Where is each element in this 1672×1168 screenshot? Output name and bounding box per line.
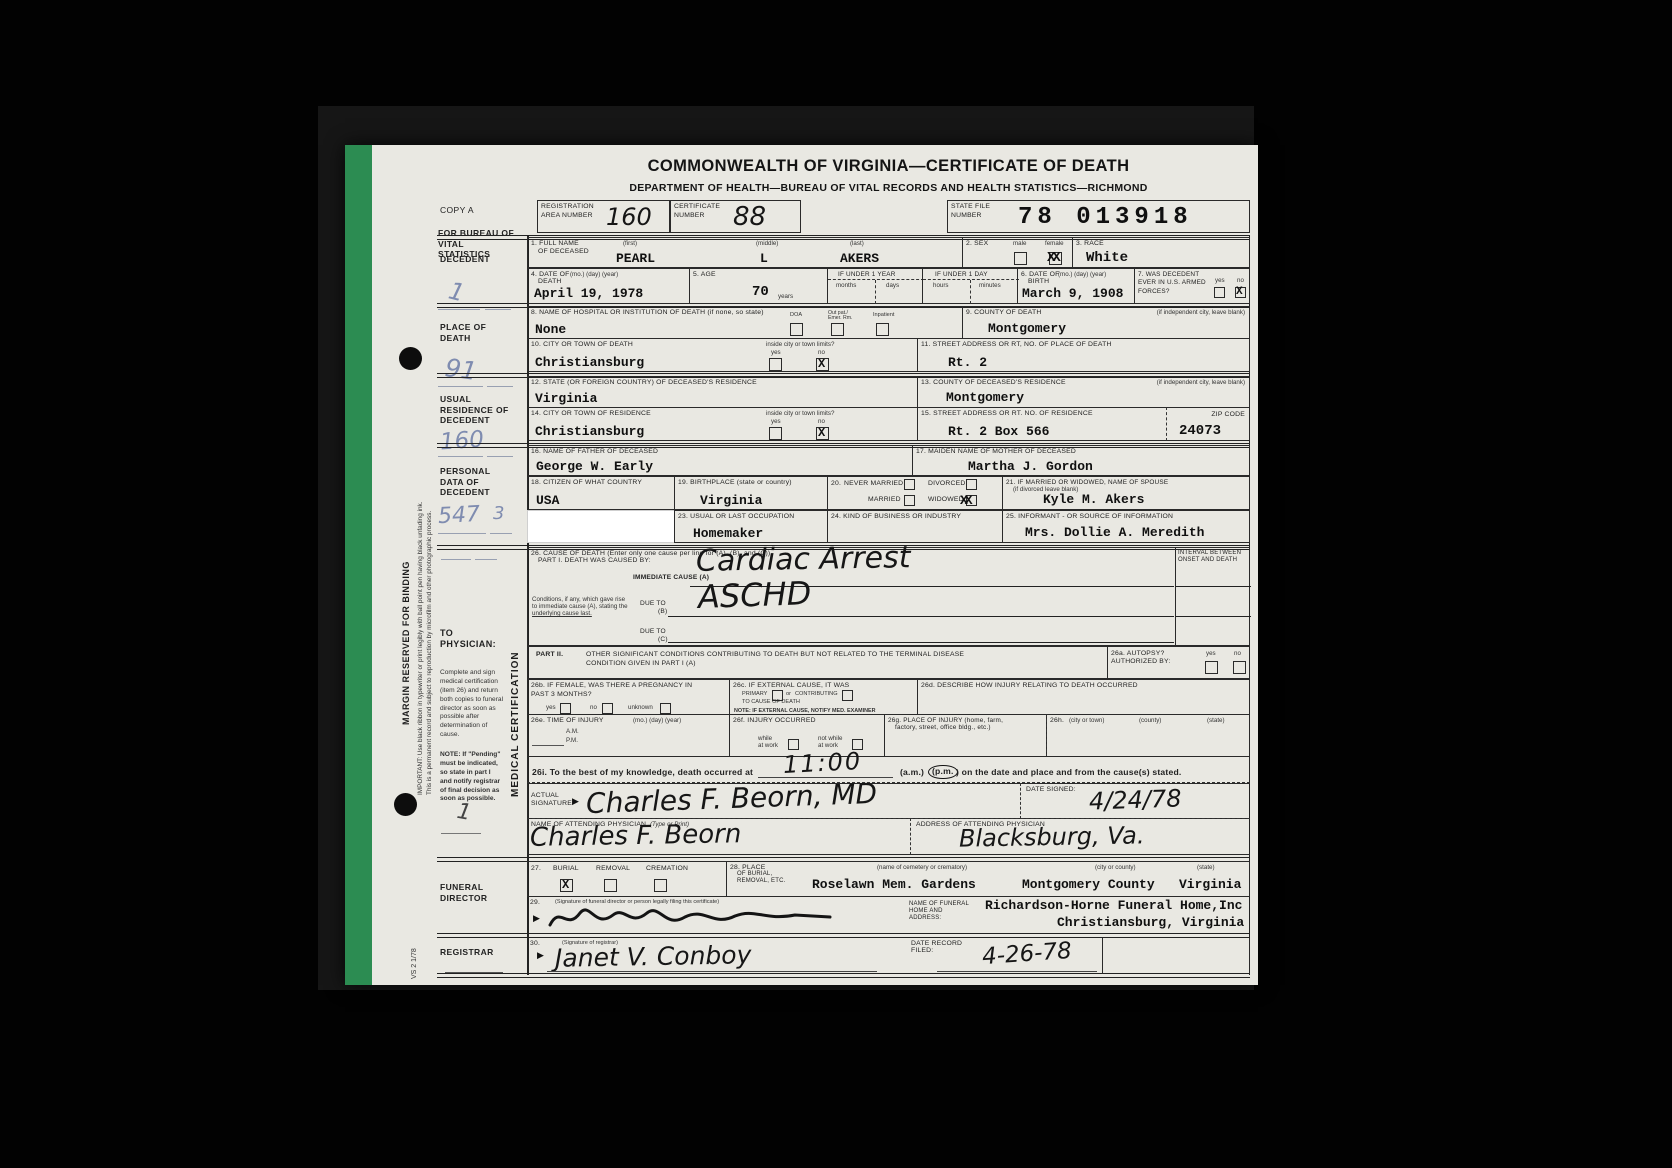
physician-address-value: Blacksburg, Va. xyxy=(959,821,1145,852)
city-limits-yes-checkbox xyxy=(769,358,782,371)
age-value: 70 xyxy=(752,284,769,300)
field-registrar-signature: 30. (Signature of registrar) ▶ Janet V. … xyxy=(527,938,907,974)
city-limits-no-checkbox: X xyxy=(816,358,829,371)
autopsy-yes-checkbox xyxy=(1205,661,1218,674)
state-file-value: 78 013918 xyxy=(1018,204,1193,231)
date-filed-value: 4-26-78 xyxy=(981,938,1072,970)
while-at-work-checkbox xyxy=(788,739,799,750)
pencil-note-personal: 547 xyxy=(437,502,480,529)
date-of-birth-value: March 9, 1908 xyxy=(1022,286,1123,301)
city-of-death-value: Christiansburg xyxy=(535,355,644,370)
date-of-death-value: April 19, 1978 xyxy=(534,286,643,301)
field-part2: PART II. OTHER SIGNIFICANT CONDITIONS CO… xyxy=(527,646,1108,679)
occupation-value: Homemaker xyxy=(693,526,763,541)
time-of-death-value: 11:00 xyxy=(782,747,863,779)
section-decedent: DECEDENT xyxy=(440,254,490,265)
field-mother-name: 17. MAIDEN NAME OF MOTHER OF DECEASED Ma… xyxy=(912,445,1250,476)
field-redacted xyxy=(527,510,675,543)
date-signed-value: 4/24/78 xyxy=(1089,784,1182,815)
birthplace-value: Virginia xyxy=(700,493,762,508)
form-grid: REGISTRATION AREA NUMBER 160 CERTIFICATE… xyxy=(527,198,1250,978)
to-physician-label: TO PHYSICIAN: xyxy=(440,628,502,651)
county-of-death-value: Montgomery xyxy=(988,321,1066,336)
autopsy-no-checkbox xyxy=(1233,661,1246,674)
cremation-checkbox xyxy=(654,879,667,892)
burial-state-value: Virginia xyxy=(1179,877,1241,892)
street-of-death-value: Rt. 2 xyxy=(948,355,987,370)
field-marital-status: 20. NEVER MARRIED DIVORCED MARRIED WIDOW… xyxy=(827,476,1003,510)
field-city-of-death: 10. CITY OR TOWN OF DEATH inside city or… xyxy=(527,338,918,372)
pencil-note-physician: 1 xyxy=(455,799,473,826)
section-registrar: REGISTRAR xyxy=(440,947,494,958)
residence-street-value: Rt. 2 Box 566 xyxy=(948,424,1049,439)
medical-certification-label: MEDICAL CERTIFICATION xyxy=(510,597,521,797)
residence-limits-yes-checkbox xyxy=(769,427,782,440)
field-industry: 24. KIND OF BUSINESS OR INDUSTRY xyxy=(827,510,1003,543)
section-place-of-death: PLACE OF DEATH xyxy=(440,322,500,343)
mother-name-value: Martha J. Gordon xyxy=(968,459,1093,474)
divorced-checkbox xyxy=(966,479,977,490)
armed-forces-yes-checkbox xyxy=(1214,287,1225,298)
citizen-value: USA xyxy=(536,493,559,508)
married-checkbox xyxy=(904,495,915,506)
field-place-of-injury: 26g. PLACE OF INJURY (home, farm, factor… xyxy=(884,714,1047,757)
spouse-value: Kyle M. Akers xyxy=(1043,492,1144,507)
sex-female-checkbox: XX xyxy=(1049,252,1062,265)
hole-punch xyxy=(394,793,417,816)
signature-arrow-icon: ▶ xyxy=(572,796,579,807)
field-occupation: 23. USUAL OR LAST OCCUPATION Homemaker xyxy=(674,510,828,543)
pregnancy-yes-checkbox xyxy=(560,703,571,714)
hole-punch xyxy=(399,347,422,370)
physician-instructions: Complete and sign medical certification … xyxy=(440,669,504,740)
field-father-name: 16. NAME OF FATHER OF DECEASED George W.… xyxy=(527,445,913,476)
field-residence-county: 13. COUNTY OF DECEASED'S RESIDENCE (if i… xyxy=(917,376,1250,408)
field-street-of-death: 11. STREET ADDRESS OR RT, NO. OF PLACE O… xyxy=(917,338,1250,372)
field-sex: 2. SEX male female XX xyxy=(962,237,1073,268)
informant-value: Mrs. Dollie A. Meredith xyxy=(1025,525,1204,540)
field-interval: INTERVAL BETWEEN ONSET AND DEATH xyxy=(1175,547,1250,646)
certificate-number-value: 88 xyxy=(733,202,766,232)
binding-strip xyxy=(345,145,372,985)
field-pregnancy: 26b. IF FEMALE, WAS THERE A PREGNANCY IN… xyxy=(527,679,730,715)
field-under-1-day: IF UNDER 1 DAY hours minutes xyxy=(922,268,1018,304)
funeral-director-signature xyxy=(545,903,835,933)
pregnancy-unknown-checkbox xyxy=(660,703,671,714)
residence-county-value: Montgomery xyxy=(946,390,1024,405)
field-zip-code: ZIP CODE 24073 xyxy=(1166,407,1250,441)
residence-limits-no-checkbox: X xyxy=(816,427,829,440)
cemetery-value: Roselawn Mem. Gardens xyxy=(812,877,976,892)
last-name-value: AKERS xyxy=(840,251,879,266)
hospital-value: None xyxy=(535,322,566,337)
field-funeral-home: NAME OF FUNERAL HOME AND ADDRESS: Richar… xyxy=(907,897,1250,935)
field-physician-address: ADDRESS OF ATTENDING PHYSICIAN Blacksbur… xyxy=(910,818,1250,855)
field-date-of-birth: 6. DATE OF (mo.) (day) (year) BIRTH Marc… xyxy=(1017,268,1135,304)
certificate-number-box: CERTIFICATE NUMBER 88 xyxy=(670,200,801,233)
external-contributing-checkbox xyxy=(842,690,853,701)
important-note-line1: IMPORTANT: Use black ribbon in typewrite… xyxy=(417,375,424,795)
middle-name-value: L xyxy=(760,251,768,266)
field-date-filed: DATE RECORD FILED: 4-26-78 xyxy=(907,938,1102,974)
burial-checkbox: X xyxy=(560,879,573,892)
field-citizen: 18. CITIZEN OF WHAT COUNTRY USA xyxy=(527,476,675,510)
pm-circled: (p.m. xyxy=(928,765,958,779)
funeral-home-address: Christiansburg, Virginia xyxy=(1057,915,1244,930)
field-hospital: 8. NAME OF HOSPITAL OR INSTITUTION OF DE… xyxy=(527,306,963,339)
widowed-checkbox: XX xyxy=(966,495,977,506)
section-personal-data: PERSONAL DATA OF DECEDENT xyxy=(440,466,510,498)
signature-arrow-icon: ▶ xyxy=(537,950,544,961)
doa-checkbox xyxy=(790,323,803,336)
cause-b-value: ASCHD xyxy=(697,574,812,616)
field-time-of-injury: 26e. TIME OF INJURY (mo.) (day) (year) A… xyxy=(527,714,730,757)
inpatient-checkbox xyxy=(876,323,889,336)
field-injury-location: 26h. (city or town) (county) (state) xyxy=(1046,714,1250,757)
certificate-subtitle: DEPARTMENT OF HEALTH—BUREAU OF VITAL REC… xyxy=(527,182,1250,194)
field-residence-city: 14. CITY OR TOWN OF RESIDENCE inside cit… xyxy=(527,407,918,441)
pregnancy-no-checkbox xyxy=(602,703,613,714)
field-date-signed: DATE SIGNED: 4/24/78 xyxy=(1020,783,1250,819)
form-code: VS 2 1/78 xyxy=(411,923,418,979)
field-cause-of-death: 26. CAUSE OF DEATH (Enter only one cause… xyxy=(527,547,1176,646)
field-disposition: 27. BURIAL REMOVAL CREMATION X xyxy=(527,861,727,897)
field-spouse: 21. IF MARRIED OR WIDOWED, NAME OF SPOUS… xyxy=(1002,476,1250,510)
important-note-line2: This is a permanent record and subject t… xyxy=(426,395,433,795)
section-residence: USUAL RESIDENCE OF DECEDENT xyxy=(440,394,510,426)
pencil-note-personal-2: 3 xyxy=(493,503,504,524)
field-external-cause: 26c. IF EXTERNAL CAUSE, IT WAS PRIMARY o… xyxy=(729,679,918,715)
attending-physician-value: Charles F. Beorn xyxy=(530,819,742,853)
field-race: 3. RACE White xyxy=(1072,237,1250,268)
field-injury-description: 26d. DESCRIBE HOW INJURY RELATING TO DEA… xyxy=(917,679,1250,715)
certificate-paper: MARGIN RESERVED FOR BINDING IMPORTANT: U… xyxy=(345,145,1258,985)
field-armed-forces: 7. WAS DECEDENT EVER IN U.S. ARMED FORCE… xyxy=(1134,268,1250,304)
field-full-name: 1. FULL NAME OF DECEASED (first) (middle… xyxy=(527,237,963,268)
physician-pending-note: NOTE: If "Pending" must be indicated, so… xyxy=(440,751,504,804)
copy-label: COPY A xyxy=(440,205,474,216)
signature-arrow-icon: ▶ xyxy=(533,913,540,924)
death-certificate-scan: MARGIN RESERVED FOR BINDING IMPORTANT: U… xyxy=(0,0,1672,1168)
residence-city-value: Christiansburg xyxy=(535,424,644,439)
burial-county-value: Montgomery County xyxy=(1022,877,1155,892)
never-married-checkbox xyxy=(904,479,915,490)
race-value: White xyxy=(1086,250,1128,266)
zip-code-value: 24073 xyxy=(1179,423,1221,439)
certificate-title: COMMONWEALTH OF VIRGINIA—CERTIFICATE OF … xyxy=(527,157,1250,176)
physician-signature-value: Charles F. Beorn, MD xyxy=(586,777,878,820)
field-age: 5. AGE 70 years xyxy=(689,268,828,304)
state-file-box: STATE FILE NUMBER 78 013918 xyxy=(947,200,1250,233)
field-empty-end xyxy=(1102,938,1250,974)
removal-checkbox xyxy=(604,879,617,892)
field-attending-physician: NAME OF ATTENDING PHYSICIAN (Type or Pri… xyxy=(527,818,911,855)
pencil-note-place: 91 xyxy=(443,353,479,386)
field-birthplace: 19. BIRTHPLACE (state or country) Virgin… xyxy=(674,476,828,510)
armed-forces-no-checkbox: X xyxy=(1235,287,1246,298)
field-under-1-year: IF UNDER 1 YEAR months days xyxy=(827,268,923,304)
registration-area-value: 160 xyxy=(606,203,652,231)
field-autopsy: 26a. AUTOPSY? AUTHORIZED BY: yes no xyxy=(1107,646,1250,679)
section-funeral-director: FUNERAL DIRECTOR xyxy=(440,882,510,903)
first-name-value: PEARL xyxy=(616,251,655,266)
sex-male-checkbox xyxy=(1014,252,1027,265)
field-death-statement: 26i. To the best of my knowledge, death … xyxy=(527,756,1250,783)
field-funeral-signature: 29. (Signature of funeral director or pe… xyxy=(527,897,907,935)
pencil-note-residence: 160 xyxy=(439,427,485,456)
registrar-signature-value: Janet V. Conboy xyxy=(555,940,752,972)
field-informant: 25. INFORMANT - OR SOURCE OF INFORMATION… xyxy=(1002,510,1250,543)
field-county-of-death: 9. COUNTY OF DEATH (if independent city,… xyxy=(962,306,1250,339)
field-place-of-burial: 28. PLACE OF BURIAL, REMOVAL, ETC. (name… xyxy=(726,861,1250,897)
field-date-of-death: 4. DATE OF (mo.) (day) (year) DEATH Apri… xyxy=(527,268,690,304)
field-residence-state: 12. STATE (OR FOREIGN COUNTRY) OF DECEAS… xyxy=(527,376,918,408)
residence-state-value: Virginia xyxy=(535,391,597,406)
funeral-home-name: Richardson-Horne Funeral Home,Inc xyxy=(985,898,1242,913)
outpatient-checkbox xyxy=(831,323,844,336)
cause-a-value: Cardiac Arrest xyxy=(696,540,911,579)
registration-area-box: REGISTRATION AREA NUMBER 160 xyxy=(537,200,670,233)
father-name-value: George W. Early xyxy=(536,459,653,474)
binding-margin-text: MARGIN RESERVED FOR BINDING xyxy=(401,435,411,725)
field-residence-street: 15. STREET ADDRESS OR RT. NO. OF RESIDEN… xyxy=(917,407,1167,441)
